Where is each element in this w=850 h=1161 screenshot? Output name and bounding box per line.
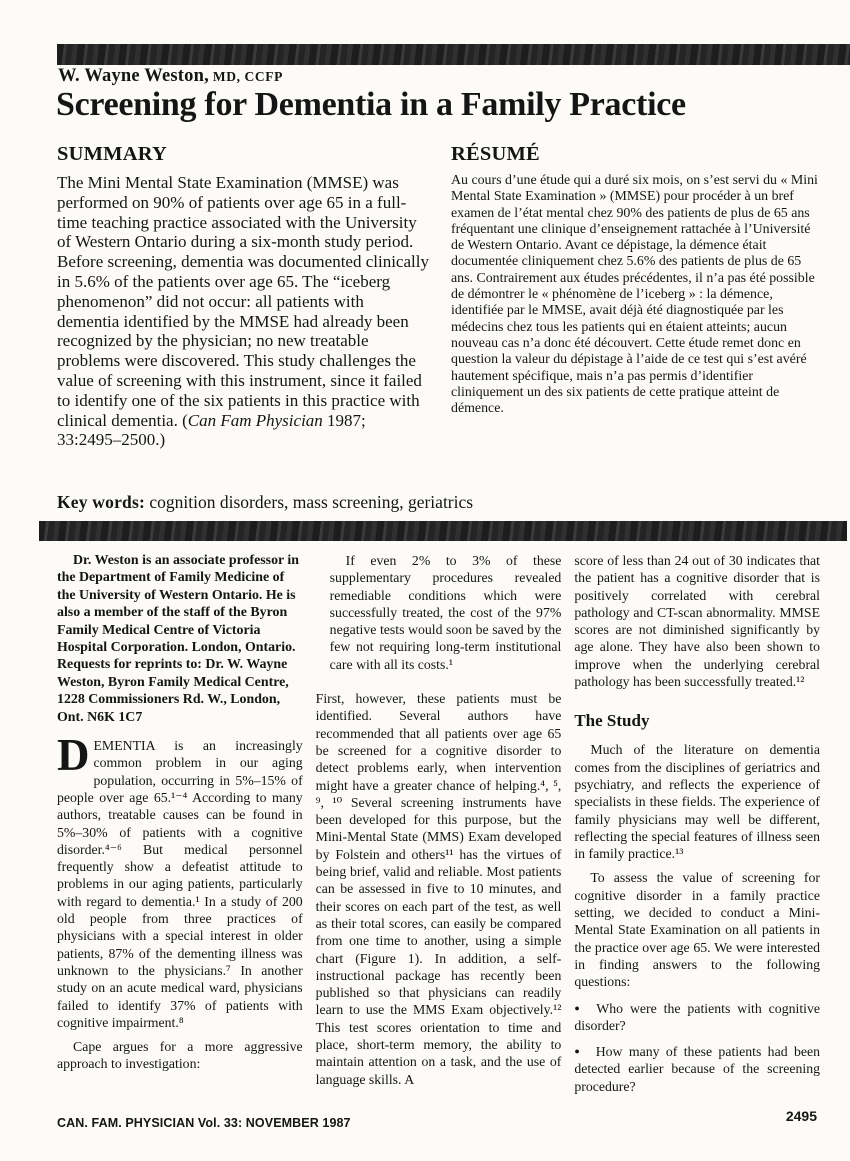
- abstracts-section: SUMMARY The Mini Mental State Examinatio…: [57, 143, 822, 450]
- bullet-icon: ●: [574, 1046, 582, 1056]
- resume-column: RÉSUMÉ Au cours d’une étude qui a duré s…: [451, 143, 822, 450]
- study-section-heading: The Study: [574, 711, 820, 731]
- body-column-1: Dr. Weston is an associate professor in …: [57, 552, 303, 1095]
- dropcap-letter: D: [57, 737, 94, 772]
- summary-column: SUMMARY The Mini Mental State Examinatio…: [57, 143, 429, 450]
- keywords-label: Key words:: [57, 492, 145, 512]
- author-line: W. Wayne Weston, MD, CCFP: [58, 66, 283, 87]
- resume-text: Au cours d’une étude qui a duré six mois…: [451, 173, 822, 417]
- cape-paragraph: Cape argues for a more aggressive approa…: [57, 1038, 303, 1073]
- identification-paragraph: First, however, these patients must be i…: [316, 690, 562, 1088]
- author-name: W. Wayne Weston,: [58, 66, 209, 86]
- journal-footer-line: CAN. FAM. PHYSICIAN Vol. 33: NOVEMBER 19…: [57, 1116, 351, 1130]
- author-bio: Dr. Weston is an associate professor in …: [57, 552, 303, 726]
- mid-divider-bar: [39, 521, 847, 541]
- block-quote: If even 2% to 3% of these supplementary …: [330, 552, 562, 673]
- summary-body-text: The Mini Mental State Examination (MMSE)…: [57, 173, 429, 430]
- article-title: Screening for Dementia in a Family Pract…: [56, 86, 686, 124]
- summary-heading: SUMMARY: [57, 143, 429, 166]
- author-credentials: MD, CCFP: [213, 69, 283, 84]
- question-bullet-1-text: Who were the patients with cognitive dis…: [574, 1001, 820, 1033]
- keywords-line: Key words: cognition disorders, mass scr…: [57, 492, 473, 513]
- top-divider-bar: [57, 44, 850, 65]
- resume-heading: RÉSUMÉ: [451, 143, 822, 166]
- question-bullet-1: ●Who were the patients with cognitive di…: [574, 1000, 820, 1035]
- summary-text: The Mini Mental State Examination (MMSE)…: [57, 173, 429, 450]
- body-column-3: score of less than 24 out of 30 indicate…: [574, 552, 820, 1095]
- keywords-text: cognition disorders, mass screening, ger…: [145, 492, 473, 512]
- summary-journal-citation: Can Fam Physician: [188, 411, 323, 430]
- body-column-2: If even 2% to 3% of these supplementary …: [316, 552, 562, 1095]
- intro-paragraph-text: EMENTIA is an increasingly common proble…: [57, 738, 303, 1030]
- question-bullet-2: ●How many of these patients had been det…: [574, 1043, 820, 1095]
- intro-paragraph: DEMENTIA is an increasingly common probl…: [57, 737, 303, 1031]
- article-body: Dr. Weston is an associate professor in …: [57, 552, 820, 1095]
- page-number: 2495: [786, 1108, 817, 1124]
- assess-paragraph: To assess the value of screening for cog…: [574, 869, 820, 990]
- bullet-icon: ●: [574, 1003, 583, 1013]
- journal-article-page: W. Wayne Weston, MD, CCFP Screening for …: [0, 0, 850, 1161]
- literature-paragraph: Much of the literature on dementia comes…: [574, 741, 820, 862]
- question-bullet-2-text: How many of these patients had been dete…: [574, 1044, 820, 1094]
- score-paragraph: score of less than 24 out of 30 indicate…: [574, 552, 820, 690]
